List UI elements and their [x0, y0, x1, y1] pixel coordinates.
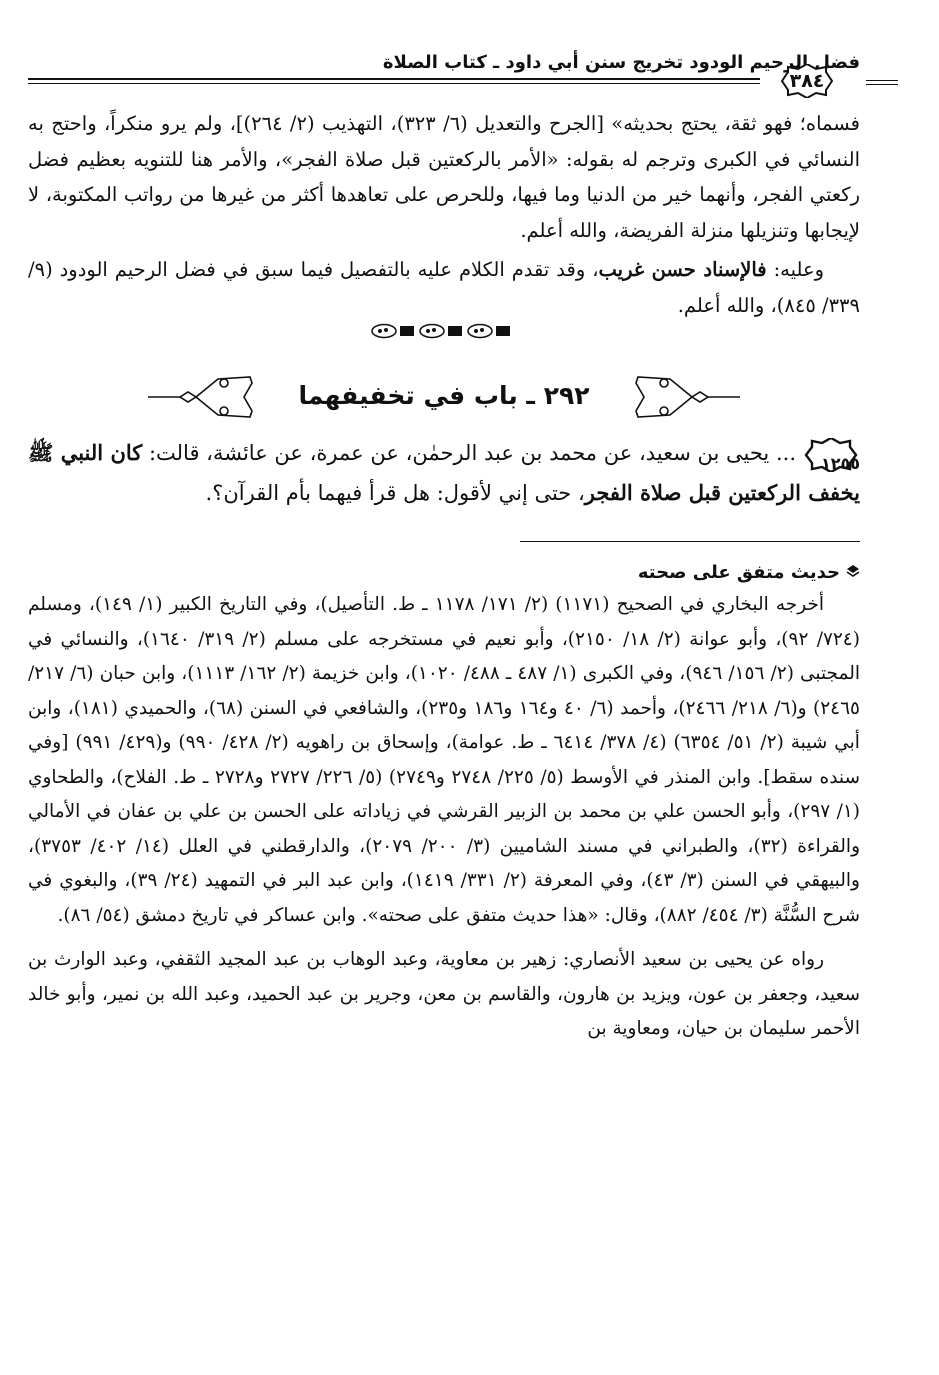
isnad-verdict: فالإسناد حسن غريب [599, 258, 767, 281]
takhrij-notes: أخرجه البخاري في الصحيح (١١٧١) (٢/ ١٧١/ … [28, 588, 860, 1047]
hadith-block: ١٢٥٥... يحيى بن سعيد، عن محمد بن عبد الر… [28, 433, 860, 513]
hadith-number: ١٢٥٥ [802, 444, 860, 483]
section-divider [28, 323, 860, 349]
intro-paragraph-1: فسماه؛ فهو ثقة، يحتج بحديثه» [الجرح والت… [28, 106, 860, 248]
grade-text: حديث متفق على صحته [638, 562, 840, 583]
page-number-badge: ٣٨٤ [772, 64, 842, 98]
book-bullet-icon [846, 558, 860, 588]
takhrij-paragraph-1: أخرجه البخاري في الصحيح (١١٧١) (٢/ ١٧١/ … [28, 588, 860, 933]
hadith-number-badge: ١٢٥٥ [802, 438, 860, 472]
intro-lead: وعليه: [767, 258, 824, 281]
chapter-title: ٢٩٢ ـ باب في تخفيفهما [287, 381, 602, 410]
takhrij-paragraph-2: رواه عن يحيى بن سعيد الأنصاري: زهير بن م… [28, 943, 860, 1047]
book-page: فضل الرحيم الودود تخريج سنن أبي داود ـ ك… [28, 40, 860, 1047]
header-rule [28, 78, 860, 88]
footnote-divider [520, 541, 860, 542]
chapter-heading: ٢٩٢ ـ باب في تخفيفهما [28, 369, 860, 433]
intro-paragraph-2: وعليه: فالإسناد حسن غريب، وقد تقدم الكلا… [28, 252, 860, 323]
hadith-rest: ، حتى إني لأقول: هل قرأ فيهما بأم القرآن… [206, 481, 585, 505]
hadith-grade: حديث متفق على صحته [28, 558, 860, 588]
hadith-text: ١٢٥٥... يحيى بن سعيد، عن محمد بن عبد الر… [28, 433, 860, 513]
page-header: فضل الرحيم الودود تخريج سنن أبي داود ـ ك… [28, 40, 860, 98]
arabesque-ornament-right-icon [630, 373, 740, 419]
arabesque-ornament-left-icon [148, 373, 258, 419]
page-number: ٣٨٤ [772, 70, 842, 92]
header-right-dash [866, 80, 898, 88]
floral-ornament-divider-icon [370, 323, 518, 339]
hadith-isnad: ... يحيى بن سعيد، عن محمد بن عبد الرحمٰن… [142, 441, 796, 465]
